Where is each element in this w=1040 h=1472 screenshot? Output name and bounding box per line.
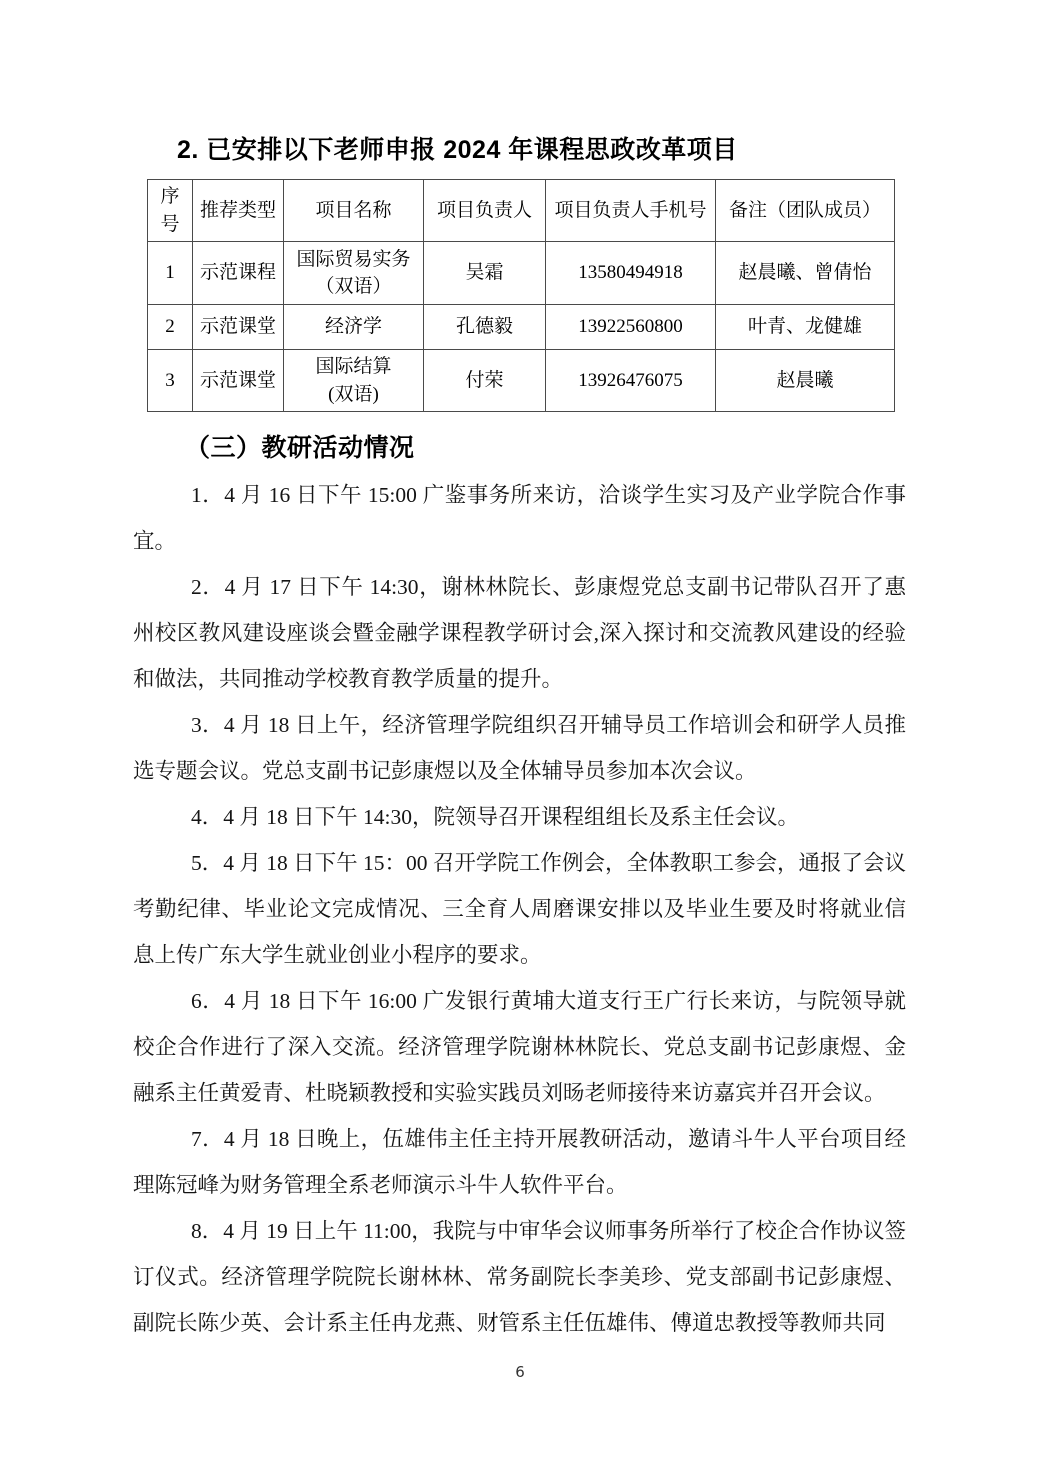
table-cell: 吴霜 xyxy=(424,242,546,305)
table-header-cell: 项目名称 xyxy=(284,180,424,242)
table-cell: 赵晨曦 xyxy=(716,350,895,412)
table-cell: 13922560800 xyxy=(546,305,716,350)
paragraph-6: 6．4 月 18 日下午 16:00 广发银行黄埔大道支行王广行长来访，与院领导… xyxy=(133,978,906,1116)
project-table: 序 号 推荐类型 项目名称 项目负责人 项目负责人手机号 备注（团队成员） 1 … xyxy=(147,179,895,412)
table-cell: 13580494918 xyxy=(546,242,716,305)
document-content: 2. 已安排以下老师申报 2024 年课程思政改革项目 序 号 推荐类型 项目名… xyxy=(133,134,906,1346)
table-cell: 13926476075 xyxy=(546,350,716,412)
table-cell: 1 xyxy=(148,242,193,305)
table-cell: 2 xyxy=(148,305,193,350)
table-header-cell: 推荐类型 xyxy=(193,180,284,242)
page-number: 6 xyxy=(0,1363,1040,1381)
paragraph-2: 2．4 月 17 日下午 14:30，谢林林院长、彭康煜党总支副书记带队召开了惠… xyxy=(133,564,906,702)
section-heading-projects: 2. 已安排以下老师申报 2024 年课程思政改革项目 xyxy=(177,134,906,166)
table-cell: 国际贸易实务 （双语） xyxy=(284,242,424,305)
table-cell: 国际结算 (双语) xyxy=(284,350,424,412)
table-row: 1 示范课程 国际贸易实务 （双语） 吴霜 13580494918 赵晨曦、曾倩… xyxy=(148,242,895,305)
table-row: 3 示范课堂 国际结算 (双语) 付荣 13926476075 赵晨曦 xyxy=(148,350,895,412)
paragraph-4: 4．4 月 18 日下午 14:30，院领导召开课程组组长及系主任会议。 xyxy=(133,794,906,840)
table-header-cell: 序 号 xyxy=(148,180,193,242)
table-cell: 赵晨曦、曾倩怡 xyxy=(716,242,895,305)
paragraph-7: 7．4 月 18 日晚上，伍雄伟主任主持开展教研活动，邀请斗牛人平台项目经理陈冠… xyxy=(133,1116,906,1208)
document-page: 2. 已安排以下老师申报 2024 年课程思政改革项目 序 号 推荐类型 项目名… xyxy=(0,0,1040,1472)
section-heading-teaching-research: （三）教研活动情况 xyxy=(185,431,906,465)
table-cell: 孔德毅 xyxy=(424,305,546,350)
table-header-cell: 项目负责人 xyxy=(424,180,546,242)
table-cell: 经济学 xyxy=(284,305,424,350)
table-cell: 示范课堂 xyxy=(193,305,284,350)
table-cell: 付荣 xyxy=(424,350,546,412)
paragraph-3: 3．4 月 18 日上午，经济管理学院组织召开辅导员工作培训会和研学人员推选专题… xyxy=(133,702,906,794)
table-cell: 叶青、龙健雄 xyxy=(716,305,895,350)
paragraph-8: 8．4 月 19 日上午 11:00，我院与中审华会议师事务所举行了校企合作协议… xyxy=(133,1208,906,1346)
table-row: 2 示范课堂 经济学 孔德毅 13922560800 叶青、龙健雄 xyxy=(148,305,895,350)
table-header-cell: 项目负责人手机号 xyxy=(546,180,716,242)
paragraph-1: 1．4 月 16 日下午 15:00 广鉴事务所来访，洽谈学生实习及产业学院合作… xyxy=(133,472,906,564)
table-cell: 示范课堂 xyxy=(193,350,284,412)
paragraph-5: 5．4 月 18 日下午 15：00 召开学院工作例会，全体教职工参会，通报了会… xyxy=(133,840,906,978)
table-cell: 示范课程 xyxy=(193,242,284,305)
table-header-cell: 备注（团队成员） xyxy=(716,180,895,242)
table-header-row: 序 号 推荐类型 项目名称 项目负责人 项目负责人手机号 备注（团队成员） xyxy=(148,180,895,242)
table-cell: 3 xyxy=(148,350,193,412)
